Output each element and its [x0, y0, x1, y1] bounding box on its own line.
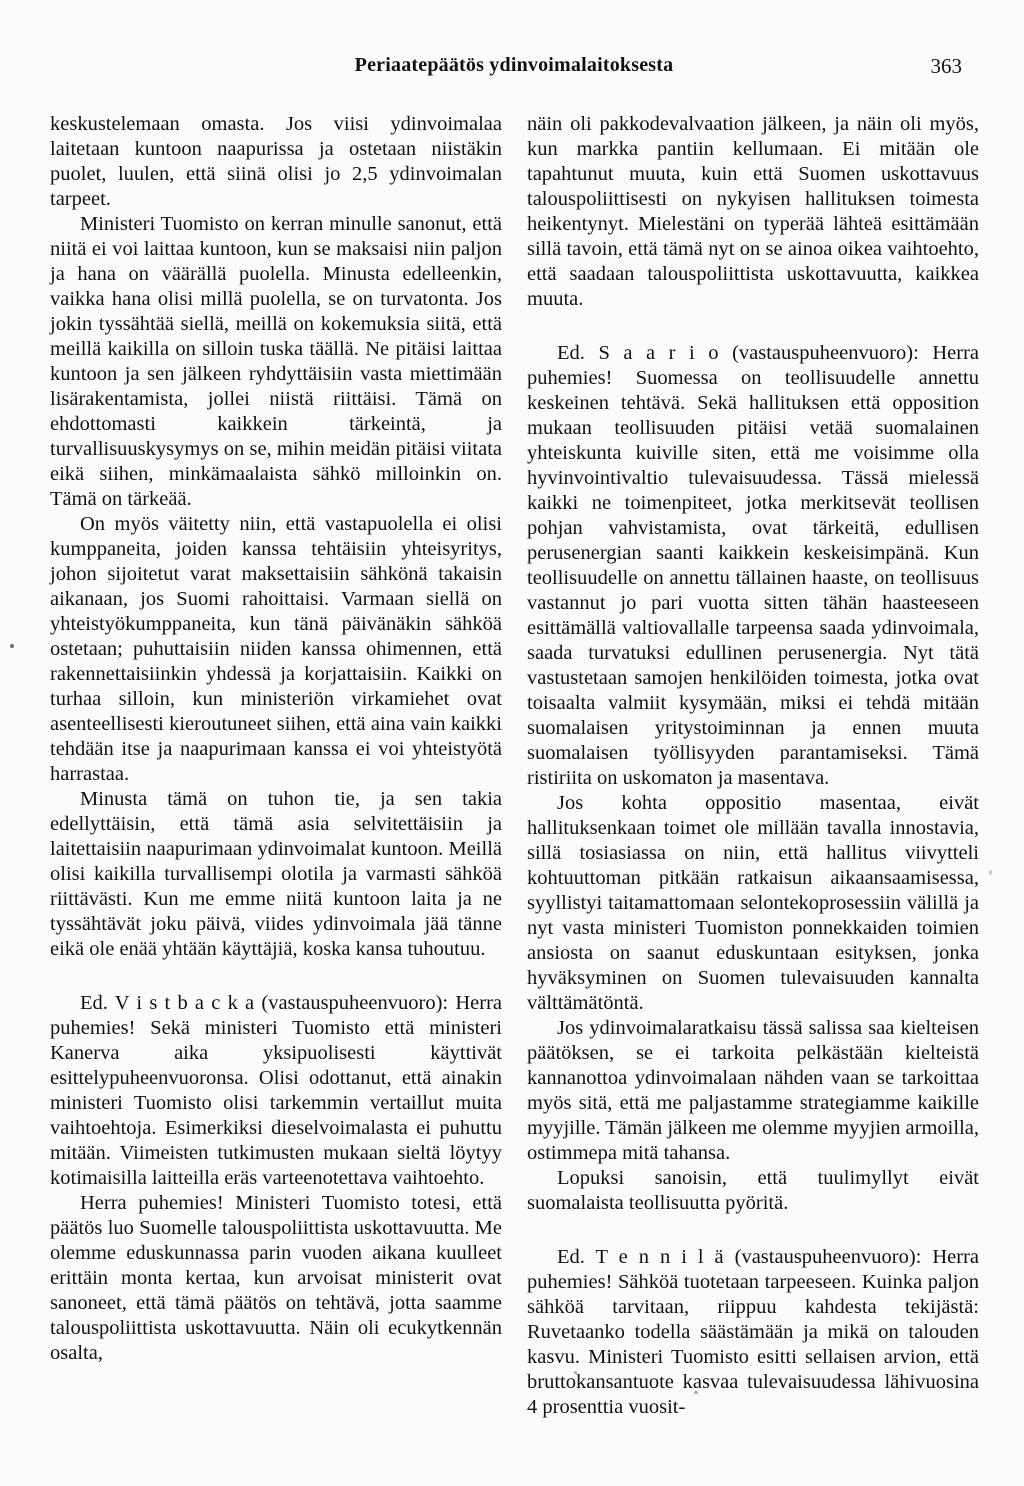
paragraph: Minusta tämä on tuhon tie, ja sen takia …: [50, 787, 502, 962]
paragraph: Ministeri Tuomisto on kerran minulle san…: [50, 212, 502, 512]
scan-speck: [10, 644, 14, 648]
speech-paragraph-vistbacka: Ed. V i s t b a c k a (vastauspuheenvuor…: [50, 991, 502, 1191]
running-header-title: Periaatepäätös ydinvoimalaitoksesta: [50, 54, 978, 77]
scan-speck: [574, 1371, 577, 1374]
text-column-right: näin oli pakkodevalvaation jälkeen, ja n…: [527, 112, 979, 1420]
page-number: 363: [931, 54, 963, 79]
scan-speck: [989, 870, 992, 875]
scan-speck: [694, 1391, 698, 1394]
paragraph-continuation: näin oli pakkodevalvaation jälkeen, ja n…: [527, 112, 979, 312]
text-column-left: keskustelemaan omasta. Jos viisi ydinvoi…: [50, 112, 502, 1366]
document-page: Periaatepäätös ydinvoimalaitoksesta 363 …: [0, 0, 1024, 1486]
page-header: Periaatepäätös ydinvoimalaitoksesta 363: [50, 54, 978, 82]
paragraph: On myös väitetty niin, että vastapuolell…: [50, 512, 502, 787]
paragraph: Lopuksi sanoisin, että tuulimyllyt eivät…: [527, 1166, 979, 1216]
paragraph: Jos kohta oppositio masentaa, eivät hall…: [527, 791, 979, 1016]
paragraph: Jos ydinvoimalaratkaisu tässä salissa sa…: [527, 1016, 979, 1166]
speech-paragraph-tennila: Ed. T e n n i l ä (vastauspuheenvuoro): …: [527, 1245, 979, 1420]
paragraph: Herra puhemies! Ministeri Tuomisto totes…: [50, 1191, 502, 1366]
speech-paragraph-saario: Ed. S a a r i o (vastauspuheenvuoro): He…: [527, 341, 979, 791]
paragraph-continuation: keskustelemaan omasta. Jos viisi ydinvoi…: [50, 112, 502, 212]
